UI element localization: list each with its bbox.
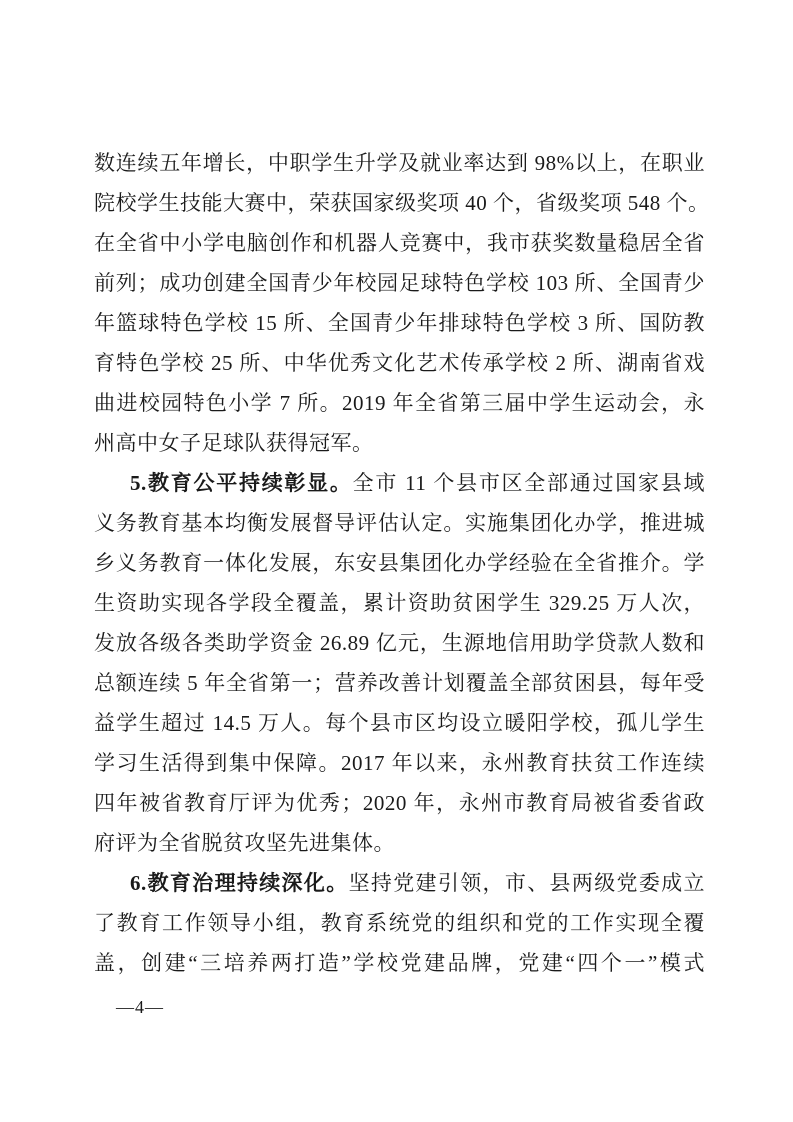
text-line: 育特色学校 25 所、中华优秀文化艺术传承学校 2 所、湖南省戏: [94, 343, 705, 383]
text-line: 院校学生技能大赛中，荣获国家级奖项 40 个，省级奖项 548 个。: [94, 183, 705, 223]
text-line: 生资助实现各学段全覆盖，累计资助贫困学生 329.25 万人次，: [94, 583, 705, 623]
text-line: 益学生超过 14.5 万人。每个县市区均设立暖阳学校，孤儿学生: [94, 703, 705, 743]
text-block: 数连续五年增长，中职学生升学及就业率达到 98%以上，在职业院校学生技能大赛中，…: [94, 143, 705, 983]
text-line: 州高中女子足球队获得冠军。: [94, 423, 705, 463]
paragraph-text: 坚持党建引领，市、县两级党委成立: [349, 871, 705, 895]
text-line: 在全省中小学电脑创作和机器人竞赛中，我市获奖数量稳居全省: [94, 223, 705, 263]
text-line: 义务教育基本均衡发展督导评估认定。实施集团化办学，推进城: [94, 503, 705, 543]
text-line: 年篮球特色学校 15 所、全国青少年排球特色学校 3 所、国防教: [94, 303, 705, 343]
paragraph-heading: 5.教育公平持续彰显。: [130, 471, 353, 495]
text-line: 数连续五年增长，中职学生升学及就业率达到 98%以上，在职业: [94, 143, 705, 183]
text-line: 乡义务教育一体化发展，东安县集团化办学经验在全省推介。学: [94, 543, 705, 583]
paragraph-text: 全市 11 个县市区全部通过国家县域: [353, 471, 705, 495]
text-line: 府评为全省脱贫攻坚先进集体。: [94, 823, 705, 863]
paragraph-heading: 6.教育治理持续深化。: [130, 871, 349, 895]
text-line: 6.教育治理持续深化。坚持党建引领，市、县两级党委成立: [94, 863, 705, 903]
text-line: 四年被省教育厅评为优秀；2020 年，永州市教育局被省委省政: [94, 783, 705, 823]
text-line: 盖，创建“三培养两打造”学校党建品牌，党建“四个一”模式: [94, 943, 705, 983]
text-line: 了教育工作领导小组，教育系统党的组织和党的工作实现全覆: [94, 903, 705, 943]
document-page: 数连续五年增长，中职学生升学及就业率达到 98%以上，在职业院校学生技能大赛中，…: [0, 0, 793, 1122]
text-line: 学习生活得到集中保障。2017 年以来，永州教育扶贫工作连续: [94, 743, 705, 783]
text-line: 5.教育公平持续彰显。全市 11 个县市区全部通过国家县域: [94, 463, 705, 503]
text-line: 曲进校园特色小学 7 所。2019 年全省第三届中学生运动会，永: [94, 383, 705, 423]
text-line: 发放各级各类助学资金 26.89 亿元，生源地信用助学贷款人数和: [94, 623, 705, 663]
text-line: 总额连续 5 年全省第一；营养改善计划覆盖全部贫困县，每年受: [94, 663, 705, 703]
text-line: 前列；成功创建全国青少年校园足球特色学校 103 所、全国青少: [94, 263, 705, 303]
page-number: —4—: [116, 996, 164, 1018]
